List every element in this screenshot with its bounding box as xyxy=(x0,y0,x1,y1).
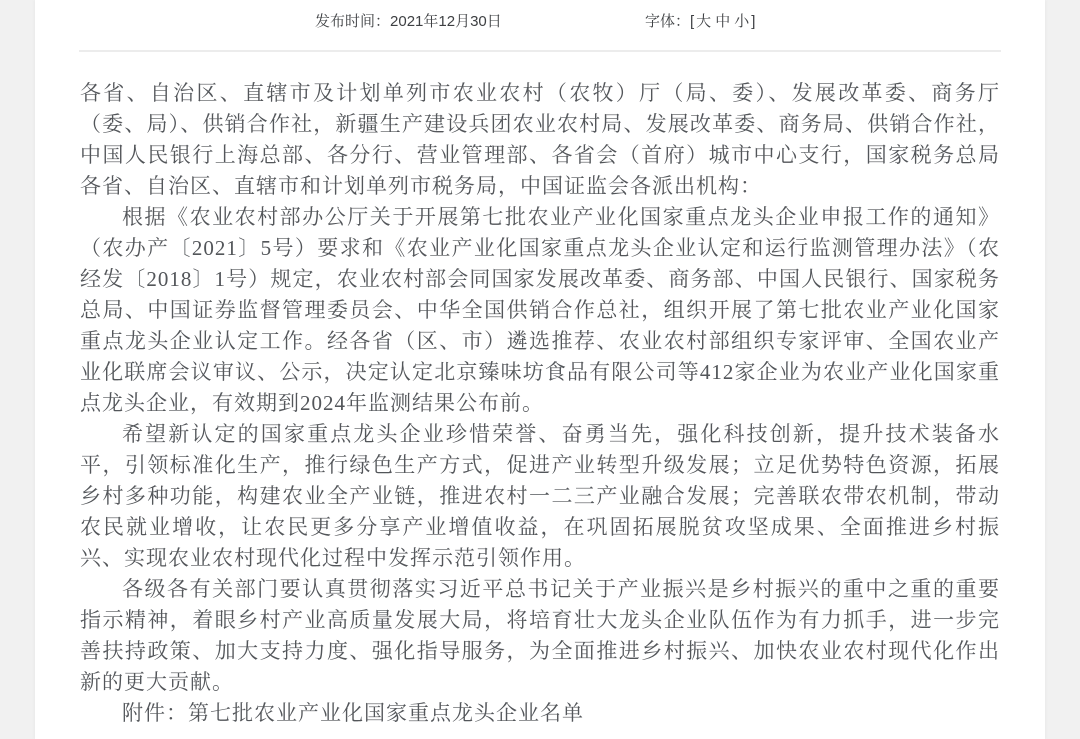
publish-time: 发布时间：2021年12月30日 xyxy=(315,10,502,31)
font-size-suffix: ] xyxy=(751,13,755,30)
font-size-control: 字体：[大中小] xyxy=(645,10,755,31)
font-size-large-button[interactable]: 大 xyxy=(696,13,711,30)
paragraph-decision: 根据《农业农村部办公厅关于开展第七批农业产业化国家重点龙头企业申报工作的通知》（… xyxy=(80,202,1000,419)
article-meta-bar: 发布时间：2021年12月30日 字体：[大中小] xyxy=(35,0,1045,50)
paragraph-expectations: 希望新认定的国家重点龙头企业珍惜荣誉、奋勇当先，强化科技创新，提升技术装备水平，… xyxy=(80,419,1000,574)
paragraph-department-instructions: 各级各有关部门要认真贯彻落实习近平总书记关于产业振兴是乡村振兴的重中之重的重要指… xyxy=(80,574,1000,698)
article-body: 各省、自治区、直辖市及计划单列市农业农村（农牧）厅（局、委）、发展改革委、商务厅… xyxy=(35,52,1045,729)
font-size-medium-button[interactable]: 中 xyxy=(715,13,730,30)
font-size-label: 字体：[ xyxy=(645,13,694,30)
article-container: 发布时间：2021年12月30日 字体：[大中小] 各省、自治区、直辖市及计划单… xyxy=(35,0,1045,739)
paragraph-recipients: 各省、自治区、直辖市及计划单列市农业农村（农牧）厅（局、委）、发展改革委、商务厅… xyxy=(80,78,1000,202)
font-size-small-button[interactable]: 小 xyxy=(734,13,749,30)
publish-time-value: 2021年12月30日 xyxy=(390,13,502,30)
paragraph-attachment: 附件：第七批农业产业化国家重点龙头企业名单 xyxy=(80,698,1000,729)
page-background: 发布时间：2021年12月30日 字体：[大中小] 各省、自治区、直辖市及计划单… xyxy=(0,0,1080,739)
publish-time-label: 发布时间： xyxy=(315,13,390,30)
